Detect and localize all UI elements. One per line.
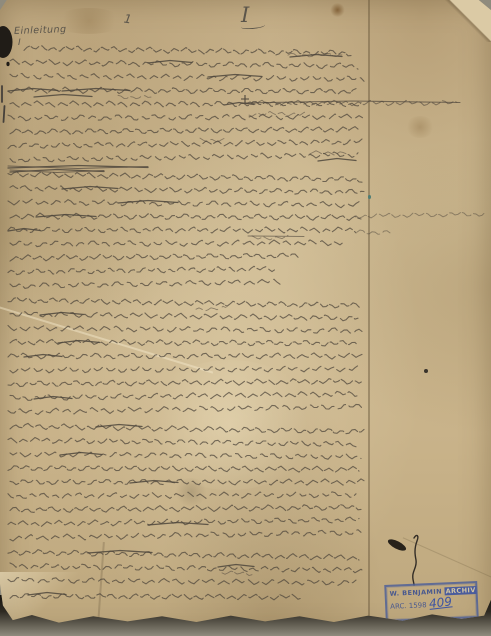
crease-line [0, 304, 213, 373]
handwriting-stroke [8, 172, 362, 182]
handwriting-stroke [10, 339, 358, 346]
handwriting-stroke [36, 215, 96, 218]
handwriting-stroke [10, 240, 343, 247]
handwriting-stroke [252, 235, 288, 240]
handwriting-stroke [218, 565, 254, 568]
handwriting-stroke [8, 199, 359, 207]
handwriting-stroke [8, 379, 362, 387]
handwriting-stroke [10, 530, 361, 541]
ink-blot-layer [0, 0, 491, 636]
handwriting-stroke [10, 170, 104, 173]
handwriting-stroke [10, 505, 361, 513]
handwriting-stroke [196, 306, 226, 311]
handwriting-stroke [288, 53, 342, 57]
pen-squiggle-mark [413, 535, 418, 585]
handwriting-stroke [130, 481, 178, 484]
handwriting-stroke [40, 313, 84, 316]
handwriting-stroke [222, 571, 252, 575]
handwriting-stroke [248, 236, 304, 237]
handwriting-stroke [118, 201, 178, 204]
handwriting-stroke [8, 139, 362, 149]
handwriting-stroke [224, 103, 254, 106]
teal-speck [368, 195, 371, 199]
stamp-line2: ARC. 1598409 [390, 596, 474, 611]
plus-mark [241, 95, 249, 103]
handwriting-stroke [10, 312, 358, 321]
handwriting-stroke [88, 551, 152, 554]
paper-sheet: Einleitung I 1 I W. BENJAMIN ARCHIV ARC.… [0, 0, 491, 636]
handwriting-stroke [356, 212, 485, 218]
handwriting-stroke [10, 186, 364, 195]
handwriting-stroke [208, 75, 262, 78]
stamp-handwritten-number: 409 [429, 596, 453, 610]
handwriting-stroke [10, 74, 364, 82]
handwriting-stroke [249, 111, 306, 116]
stamp-catalog-text: ARC. 1598 [390, 601, 427, 611]
stain [405, 116, 435, 138]
margin-fold-line [368, 0, 370, 622]
handwriting-stroke [58, 341, 100, 344]
handwriting-stroke [10, 127, 358, 135]
handwriting-stroke [8, 492, 356, 499]
handwriting-stroke [148, 61, 192, 64]
crease-line [403, 537, 491, 584]
handwriting-stroke [8, 166, 148, 169]
handwriting-stroke [8, 87, 356, 94]
handwriting-stroke [10, 101, 361, 107]
handwriting-stroke [8, 229, 40, 232]
smudge [174, 478, 208, 506]
handwriting-stroke [10, 253, 298, 261]
handwriting-stroke [10, 170, 104, 173]
handwriting-stroke [24, 46, 351, 56]
handwriting-stroke [290, 55, 342, 58]
handwriting-stroke [318, 159, 356, 162]
handwriting-stroke [8, 550, 359, 561]
handwriting-stroke [8, 89, 58, 92]
handwriting-stroke [24, 355, 62, 358]
handwriting-stroke [200, 138, 224, 142]
handwriting-stroke [10, 279, 280, 288]
handwriting-stroke [10, 423, 364, 433]
left-margin-marks [2, 86, 5, 122]
handwriting-stroke [148, 523, 208, 526]
handwriting-stroke [62, 187, 118, 190]
corner-fold [445, 0, 491, 42]
handwriting-stroke [96, 425, 142, 428]
handwriting-stroke [310, 151, 346, 155]
handwriting-stroke [8, 298, 362, 308]
ink-dot [6, 62, 9, 66]
ink-dash-blot [386, 537, 407, 553]
handwriting-stroke [247, 100, 457, 105]
handwriting-stroke [8, 326, 362, 334]
handwriting-stroke [8, 166, 148, 169]
handwriting-stroke [8, 404, 362, 414]
water-stain [140, 360, 320, 490]
handwriting-stroke [10, 479, 364, 485]
handwriting-stroke [8, 438, 356, 447]
corner-curl [0, 572, 78, 624]
page-heading: Einleitung [14, 24, 67, 37]
handwriting-stroke [8, 466, 359, 473]
handwriting-stroke [10, 59, 358, 69]
handwriting-stroke [10, 391, 358, 400]
folio-numeral: I [241, 4, 265, 29]
handwriting-stroke [8, 353, 362, 359]
handwriting-stroke [10, 213, 361, 220]
handwriting-stroke [8, 266, 275, 274]
scanned-manuscript-page: Einleitung I 1 I W. BENJAMIN ARCHIV ARC.… [0, 0, 491, 636]
handwriting-stroke [34, 397, 72, 400]
folio-underline [241, 22, 265, 29]
handwriting-stroke [62, 89, 130, 92]
handwriting-stroke [357, 230, 390, 234]
handwriting-stroke [8, 114, 365, 121]
handwriting-stroke [245, 101, 460, 103]
handwriting-stroke [10, 366, 358, 373]
handwriting-stroke [118, 95, 151, 98]
handwriting-stroke [8, 227, 356, 233]
pencil-page-number: 1 [123, 11, 133, 26]
handwriting-stroke [60, 453, 102, 456]
handwriting-stroke [34, 95, 92, 98]
heading-numeral: I [18, 38, 21, 48]
handwriting-layer [0, 0, 491, 636]
handwriting-stroke [8, 517, 359, 527]
ink-blot-left-edge [0, 26, 13, 58]
stain [330, 3, 345, 17]
crease-line [97, 542, 104, 624]
handwriting-stroke [10, 452, 361, 460]
ink-speck [424, 369, 428, 373]
handwriting-stroke [10, 152, 358, 162]
